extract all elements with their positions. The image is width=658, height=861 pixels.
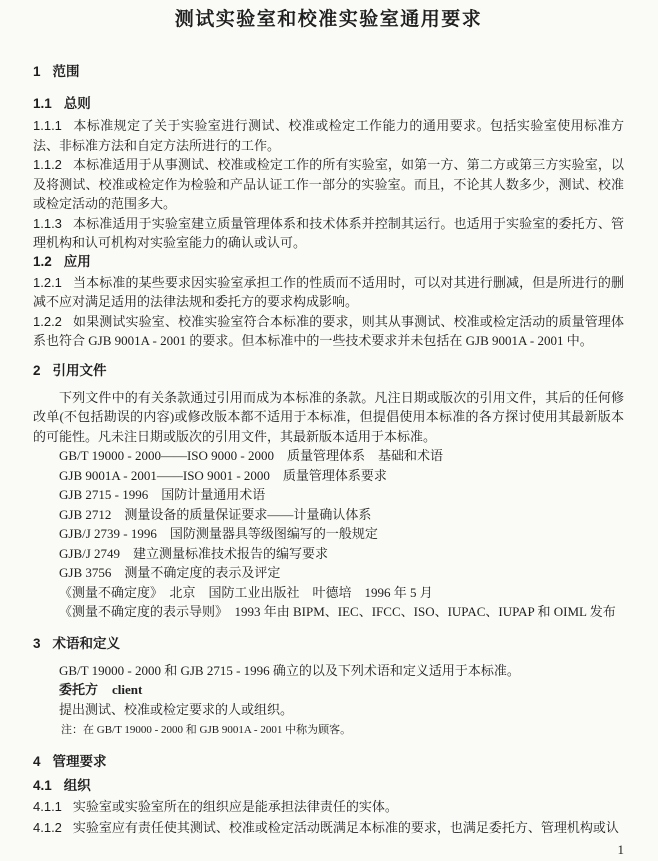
referenced-documents-intro: 下列文件中的有关条款通过引用而成为本标准的条款。凡注日期或版次的引用文件，其后的… [33,388,624,447]
heading-label: 总则 [64,96,91,111]
clause-text: 如果测试实验室、校准实验室符合本标准的要求，则其从事测试、校准或检定活动的质量管… [33,314,624,349]
clause-4-1-2: 4.1.2实验室应有责任使其测试、校准或检定活动既满足本标准的要求，也满足委托方… [33,818,624,838]
page-number: 1 [618,842,625,857]
reference-item: GJB/J 2739 - 1996 国防测量器具等级图编写的一般规定 [33,524,624,544]
clause-number: 1.1.1 [33,118,62,133]
reference-item: GJB 3756 测量不确定度的表示及评定 [33,563,624,583]
heading-general-rules: 1.1总则 [33,95,624,113]
clause-text: 实验室或实验室所在的组织应是能承担法律责任的实体。 [73,799,398,814]
clause-1-1-1: 1.1.1本标准规定了关于实验室进行测试、校准或检定工作能力的通用要求。包括实验… [33,116,624,155]
term-entry: 委托方client [33,680,624,700]
heading-number: 3 [33,636,41,651]
heading-label: 组织 [64,778,91,793]
clause-text: 实验室应有责任使其测试、校准或检定活动既满足本标准的要求，也满足委托方、管理机构… [73,820,619,835]
clause-4-1-1: 4.1.1实验室或实验室所在的组织应是能承担法律责任的实体。 [33,797,624,817]
heading-management-requirements: 4管理要求 [33,753,624,771]
clause-text: 本标准适用于实验室建立质量管理体系和技术体系并控制其运行。也适用于实验室的委托方… [33,216,624,251]
clause-1-2-2: 1.2.2如果测试实验室、校准实验室符合本标准的要求，则其从事测试、校准或检定活… [33,312,624,351]
page-footer: 1 [33,841,624,859]
heading-organization: 4.1组织 [33,777,624,795]
clause-number: 4.1.1 [33,799,62,814]
heading-terms-and-definitions: 3术语和定义 [33,635,624,653]
clause-text: 本标准适用于从事测试、校准或检定工作的所有实验室，如第一方、第二方或第三方实验室… [33,157,624,211]
clause-text: 本标准规定了关于实验室进行测试、校准或检定工作能力的通用要求。包括实验室使用标准… [33,118,624,153]
heading-label: 术语和定义 [53,636,121,651]
clause-number: 1.2.2 [33,314,62,329]
heading-number: 1.1 [33,96,52,111]
heading-referenced-documents: 2引用文件 [33,362,624,380]
term-chinese: 委托方 [59,682,98,697]
term-english: client [112,682,142,697]
heading-number: 2 [33,363,41,378]
heading-number: 1 [33,64,41,79]
clause-1-1-3: 1.1.3本标准适用于实验室建立质量管理体系和技术体系并控制其运行。也适用于实验… [33,214,624,253]
heading-scope: 1范围 [33,63,624,81]
reference-item: GJB 2712 测量设备的质量保证要求——计量确认体系 [33,505,624,525]
clause-number: 1.1.2 [33,157,62,172]
term-definition: 提出测试、校准或检定要求的人或组织。 [33,700,624,720]
term-note: 注：在 GB/T 19000 - 2000 和 GJB 9001A - 2001… [33,720,624,740]
heading-number: 4.1 [33,778,52,793]
clause-number: 1.2.1 [33,275,62,290]
document-title: 测试实验室和校准实验室通用要求 [33,8,624,32]
clause-1-1-2: 1.1.2本标准适用于从事测试、校准或检定工作的所有实验室，如第一方、第二方或第… [33,155,624,214]
heading-label: 应用 [64,254,91,269]
reference-item: 《测量不确定度》 北京 国防工业出版社 叶德培 1996 年 5 月 [33,583,624,603]
heading-application: 1.2应用 [33,253,624,271]
clause-1-2-1: 1.2.1当本标准的某些要求因实验室承担工作的性质而不适用时，可以对其进行删减，… [33,273,624,312]
heading-number: 4 [33,754,41,769]
heading-label: 管理要求 [53,754,107,769]
document-page: 测试实验室和校准实验室通用要求 1范围 1.1总则 1.1.1本标准规定了关于实… [0,0,658,861]
reference-item: 《测量不确定度的表示导则》 1993 年由 BIPM、IEC、IFCC、ISO、… [33,602,624,622]
heading-number: 1.2 [33,254,52,269]
terms-intro: GB/T 19000 - 2000 和 GJB 2715 - 1996 确立的以… [33,661,624,681]
clause-number: 4.1.2 [33,820,62,835]
reference-item: GB/T 19000 - 2000——ISO 9000 - 2000 质量管理体… [33,446,624,466]
clause-text: 当本标准的某些要求因实验室承担工作的性质而不适用时，可以对其进行删减，但是所进行… [33,275,624,310]
reference-item: GJB 9001A - 2001——ISO 9001 - 2000 质量管理体系… [33,466,624,486]
heading-label: 范围 [53,64,80,79]
clause-number: 1.1.3 [33,216,62,231]
heading-label: 引用文件 [53,363,107,378]
reference-item: GJB 2715 - 1996 国防计量通用术语 [33,485,624,505]
reference-item: GJB/J 2749 建立测量标准技术报告的编写要求 [33,544,624,564]
